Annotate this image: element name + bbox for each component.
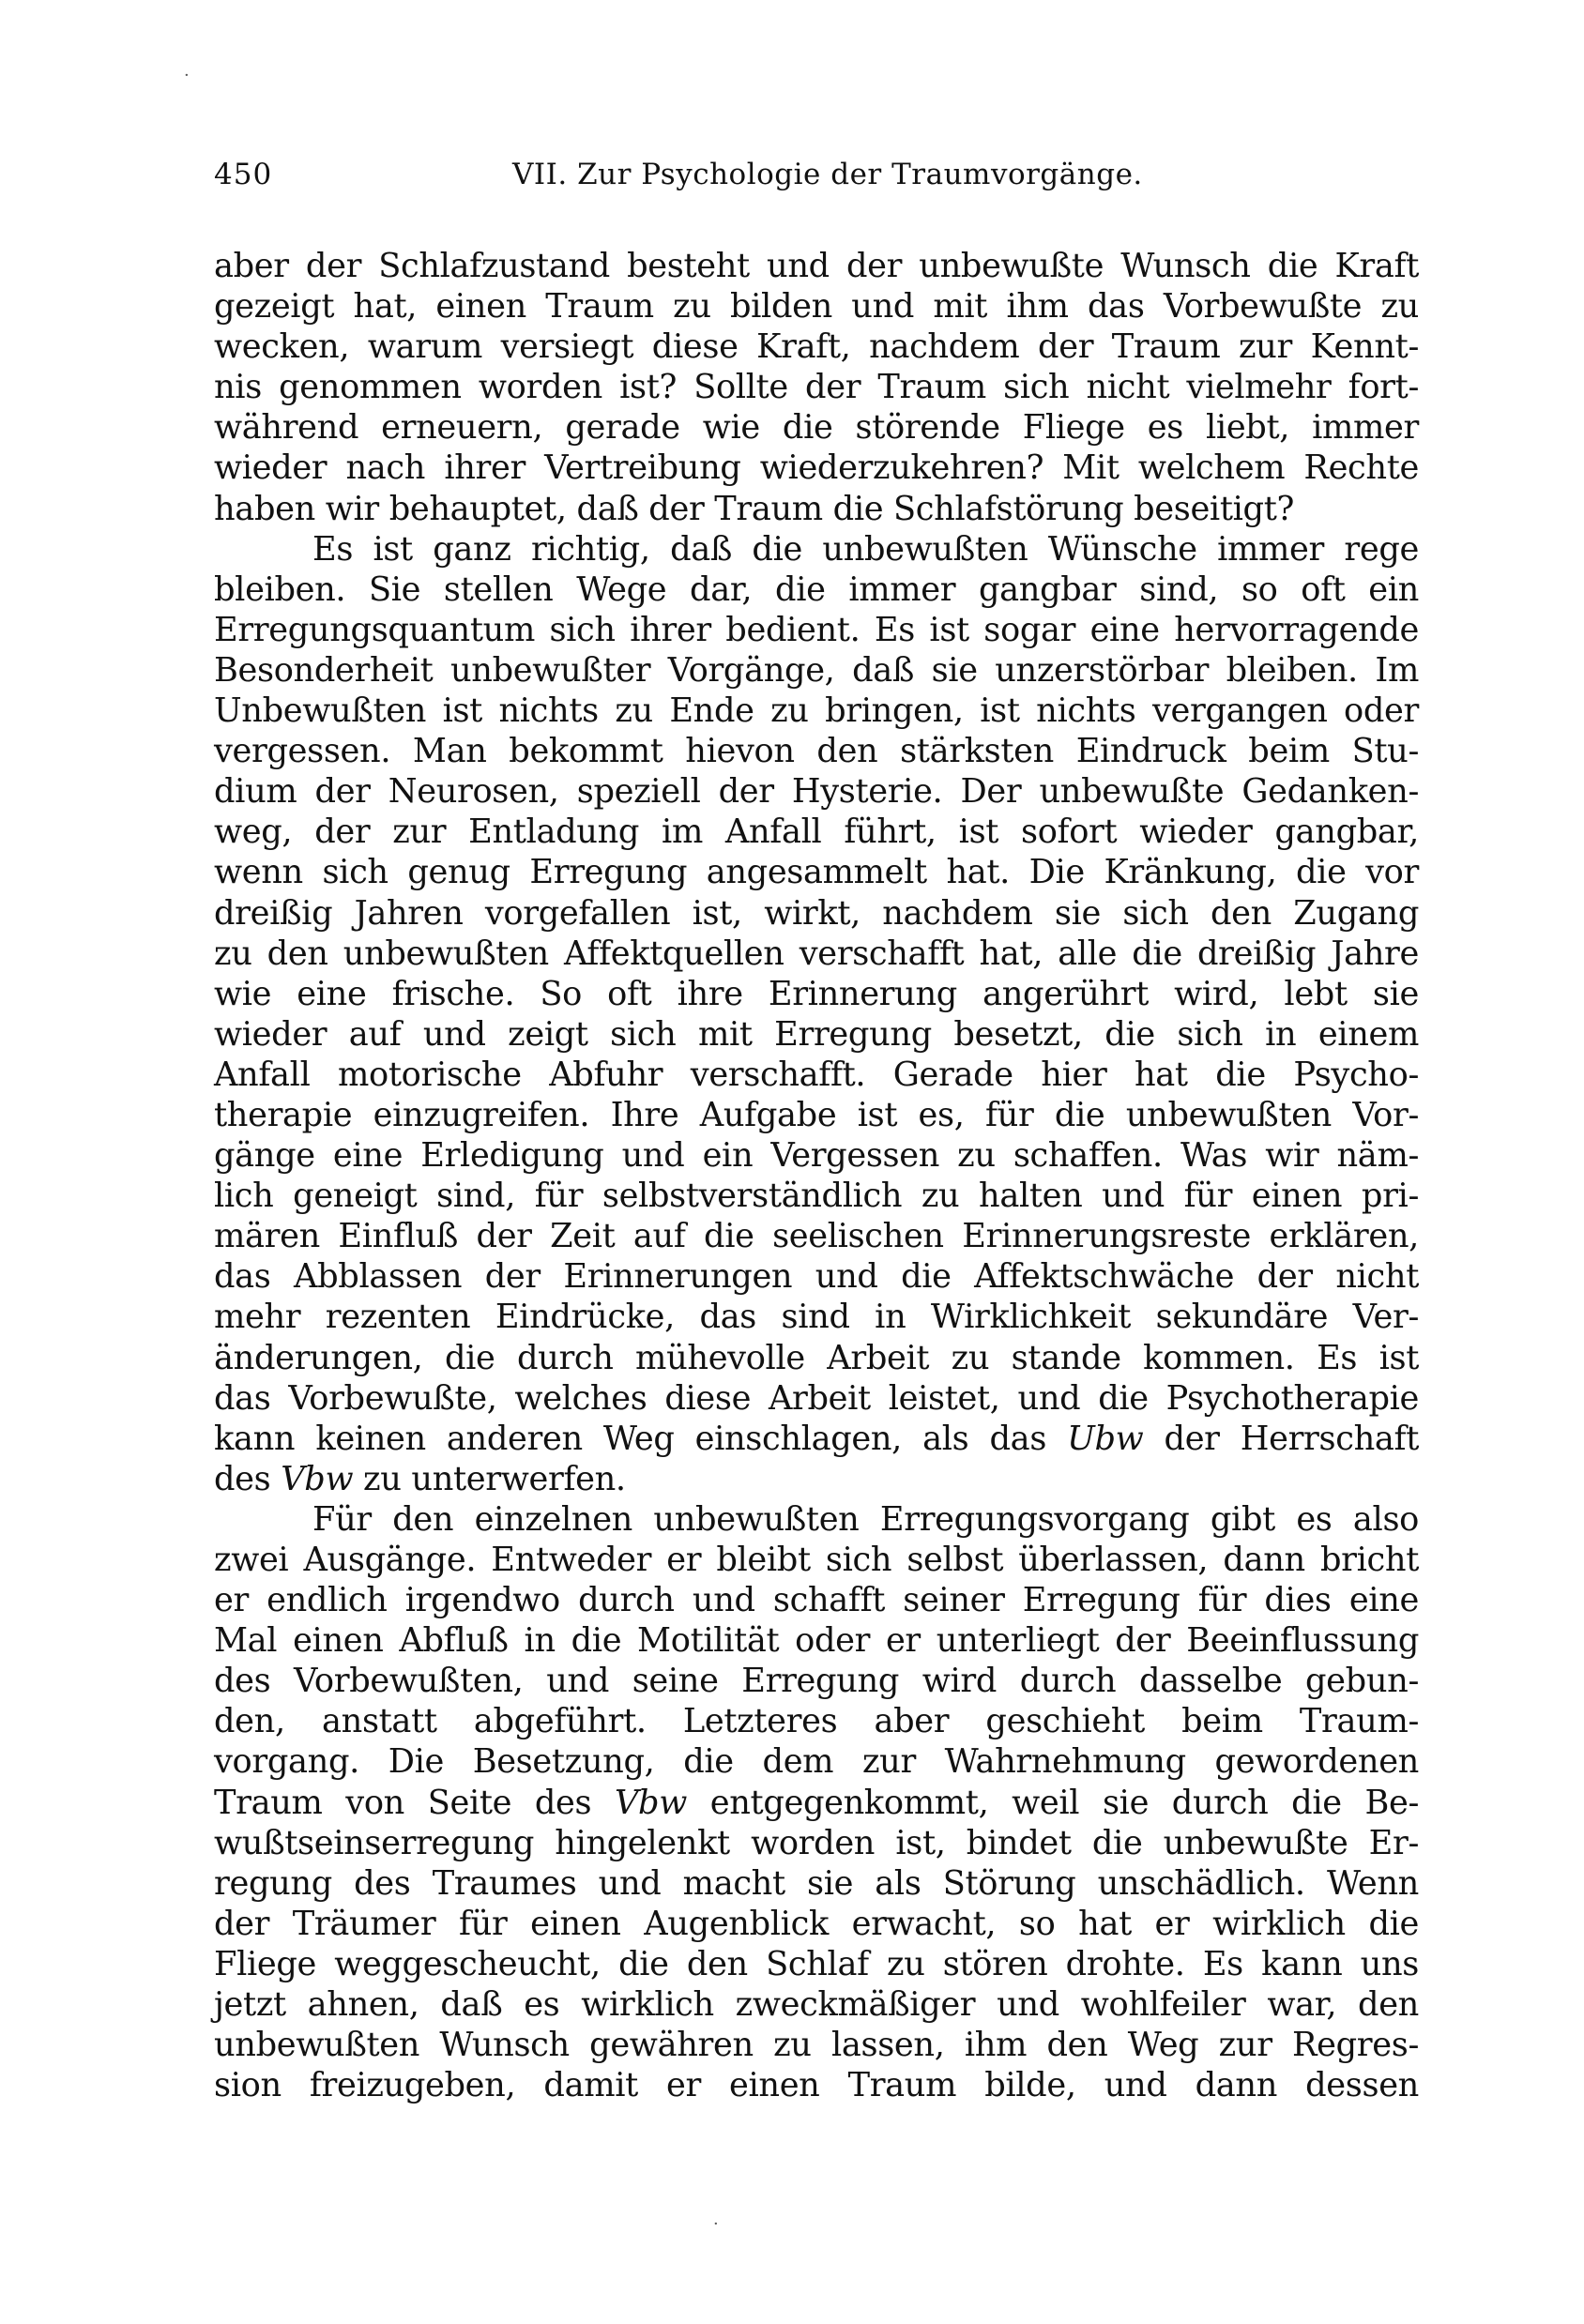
text-line: des Vorbewußten, und seine Erregung wird… — [214, 1661, 1419, 1701]
paragraph-start-line: Es ist ganz richtig, daß die unbewußten … — [214, 529, 1419, 570]
text-line: mären Einfluß der Zeit auf die seelische… — [214, 1216, 1419, 1256]
text-line: wußtseinserregung hingelenkt worden ist,… — [214, 1823, 1419, 1863]
text-line: wieder nach ihrer Vertreibung wiederzuke… — [214, 448, 1419, 488]
italic-abbreviation-ubw: Ubw — [1067, 1420, 1143, 1458]
text-line: sion freizugeben, damit er einen Traum b… — [214, 2065, 1419, 2105]
text-line: vorgang. Die Besetzung, die dem zur Wahr… — [214, 1741, 1419, 1782]
text-line: therapie einzugreifen. Ihre Aufgabe ist … — [214, 1095, 1419, 1135]
text-line: zwei Ausgänge. Entweder er bleibt sich s… — [214, 1540, 1419, 1580]
scan-speck: · — [713, 2214, 719, 2234]
text-line: gezeigt hat, einen Traum zu bilden und m… — [214, 286, 1419, 327]
text-line: Unbewußten ist nichts zu Ende zu bringen… — [214, 691, 1419, 731]
text-segment: der Herrschaft — [1143, 1420, 1419, 1458]
text-line: weg, der zur Entladung im Anfall führt, … — [214, 812, 1419, 852]
text-line: er endlich irgendwo durch und schafft se… — [214, 1580, 1419, 1620]
text-line: der Träumer für einen Augenblick erwacht… — [214, 1904, 1419, 1944]
text-line: den, anstatt abgeführt. Letzteres aber g… — [214, 1701, 1419, 1741]
text-line: gänge eine Erledigung und ein Vergessen … — [214, 1135, 1419, 1176]
page-number: 450 — [214, 158, 272, 191]
text-line: dreißig Jahren vorgefallen ist, wirkt, n… — [214, 893, 1419, 934]
text-line-with-italic: Traum von Seite des Vbw entgegenkommt, w… — [214, 1783, 1419, 1823]
text-line: wie eine frische. So oft ihre Erinnerung… — [214, 974, 1419, 1014]
paragraph-end-line: des Vbw zu unterwerfen. — [214, 1459, 1419, 1499]
paragraph-start-line: Für den einzelnen unbewußten Erregungsvo… — [214, 1499, 1419, 1540]
text-line: das Vorbewußte, welches diese Arbeit lei… — [214, 1378, 1419, 1419]
scan-speck: · — [184, 66, 190, 85]
text-segment: entgegenkommt, weil sie durch die Be- — [687, 1784, 1419, 1822]
text-segment: kann keinen anderen Weg einschlagen, als… — [214, 1420, 1067, 1458]
text-line: Anfall motorische Abfuhr verschafft. Ger… — [214, 1055, 1419, 1095]
text-line: unbewußten Wunsch gewähren zu lassen, ih… — [214, 2025, 1419, 2065]
text-line: wenn sich genug Erregung angesammelt hat… — [214, 852, 1419, 892]
text-line: zu den unbewußten Affektquellen verschaf… — [214, 934, 1419, 974]
text-line: Mal einen Abfluß in die Motilität oder e… — [214, 1620, 1419, 1661]
italic-abbreviation-vbw: Vbw — [281, 1460, 353, 1498]
text-line: wieder auf und zeigt sich mit Erregung b… — [214, 1014, 1419, 1055]
text-line: nis genommen worden ist? Sollte der Trau… — [214, 367, 1419, 407]
text-line: jetzt ahnen, daß es wirklich zweckmäßige… — [214, 1984, 1419, 2025]
text-segment: Traum von Seite des — [214, 1784, 615, 1822]
text-line: bleiben. Sie stellen Wege dar, die immer… — [214, 570, 1419, 610]
text-line: wecken, warum versiegt diese Kraft, nach… — [214, 327, 1419, 367]
text-line: regung des Traumes und macht sie als Stö… — [214, 1863, 1419, 1904]
text-segment: des — [214, 1460, 281, 1498]
text-line: Fliege weggescheucht, die den Schlaf zu … — [214, 1944, 1419, 1984]
text-line: änderungen, die durch mühevolle Arbeit z… — [214, 1338, 1419, 1378]
text-line: dium der Neurosen, speziell der Hysterie… — [214, 771, 1419, 812]
text-line: mehr rezenten Eindrücke, das sind in Wir… — [214, 1297, 1419, 1337]
text-line: lich geneigt sind, für selbstverständlic… — [214, 1176, 1419, 1216]
text-line: während erneuern, gerade wie die störend… — [214, 407, 1419, 448]
text-line: Besonderheit unbewußter Vorgänge, daß si… — [214, 650, 1419, 691]
body-text: aber der Schlafzustand besteht und der u… — [214, 246, 1419, 2105]
text-line: aber der Schlafzustand besteht und der u… — [214, 246, 1419, 286]
book-page: 450 VII. Zur Psychologie der Traumvorgän… — [0, 0, 1584, 2324]
text-segment: zu unterwerfen. — [353, 1460, 626, 1498]
chapter-title: VII. Zur Psychologie der Traumvorgänge. — [512, 158, 1143, 191]
text-line: Erregungsquantum sich ihrer bedient. Es … — [214, 610, 1419, 650]
text-line-with-italic: kann keinen anderen Weg einschlagen, als… — [214, 1419, 1419, 1459]
running-head: 450 VII. Zur Psychologie der Traumvorgän… — [214, 158, 1419, 195]
italic-abbreviation-vbw: Vbw — [615, 1784, 687, 1822]
text-line: vergessen. Man bekommt hievon den stärks… — [214, 731, 1419, 771]
paragraph-end-line: haben wir behauptet, daß der Traum die S… — [214, 489, 1419, 529]
text-line: das Abblassen der Erinnerungen und die A… — [214, 1256, 1419, 1297]
